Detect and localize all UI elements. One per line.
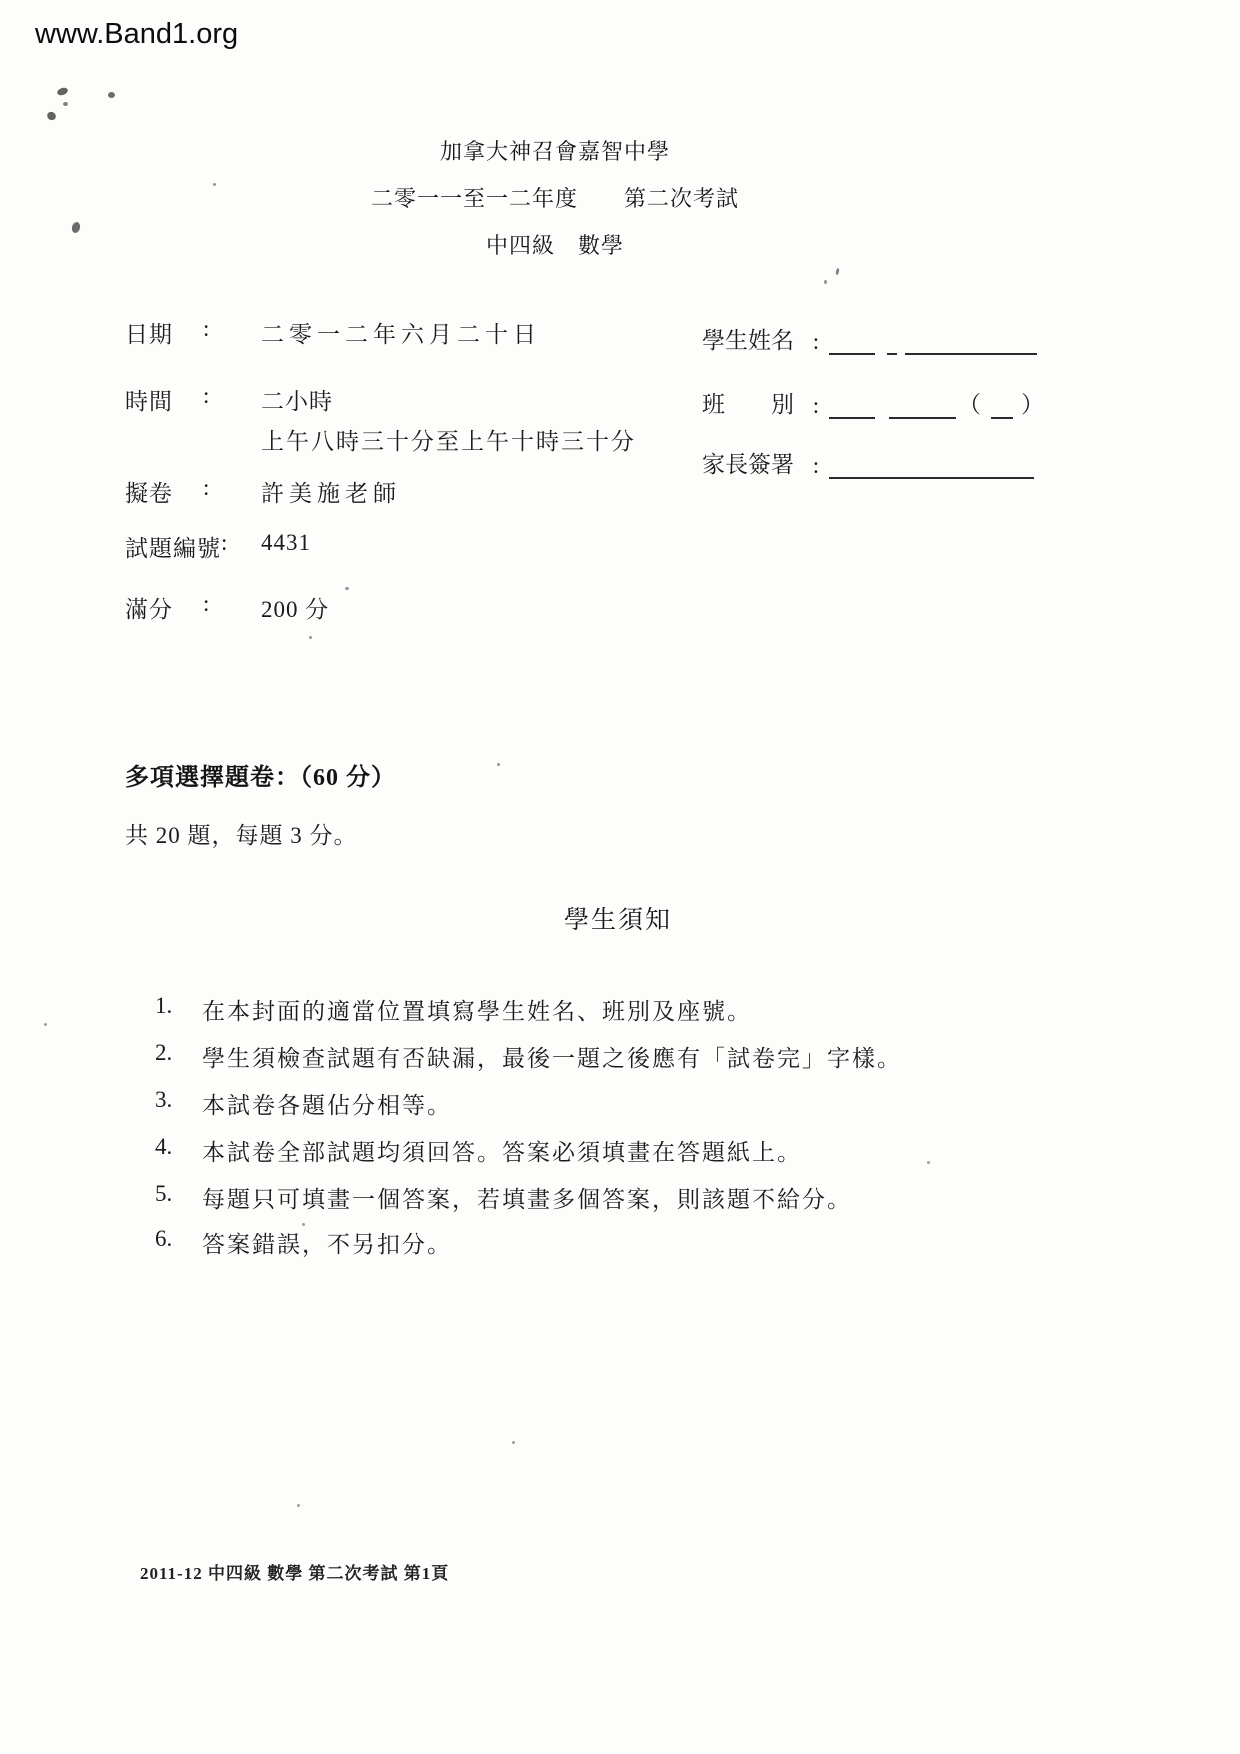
watermark-band1: www.Band1.org [35, 18, 238, 51]
note-item-3: 3. 本試卷各題佔分相等。 [155, 1087, 452, 1120]
class-blank-line [889, 391, 956, 419]
paren-close: ） [1019, 386, 1046, 419]
scan-speck [927, 1161, 930, 1164]
paper-number-value: 4431 [261, 530, 311, 563]
note-number: 2. [155, 1040, 202, 1073]
student-name-blank-line [887, 327, 897, 355]
note-item-4: 4. 本試卷全部試題均須回答。答案必須填畫在答題紙上。 [155, 1134, 802, 1167]
time-label: 時間 [125, 383, 203, 456]
class-subject: 中四級 數學 [0, 222, 1110, 269]
colon: : [221, 530, 261, 563]
colon: : [803, 453, 829, 479]
scan-speck [56, 86, 69, 96]
info-row-time: 時間 : 二小時 上午八時三十分至上午十時三十分 [125, 383, 636, 456]
date-label: 日期 [125, 316, 203, 349]
full-marks-value: 200 分 [261, 591, 329, 624]
info-row-paper-number: 試題編號 : 4431 [125, 530, 311, 563]
parent-signature-blank-line [829, 451, 1034, 479]
info-row-full-marks: 滿分 : 200 分 [125, 591, 329, 624]
scan-speck [46, 110, 58, 121]
full-marks-label: 滿分 [125, 591, 203, 624]
colon: : [203, 316, 261, 349]
note-item-1: 1. 在本封面的適當位置填寫學生姓名、班別及座號。 [155, 993, 752, 1026]
time-value-stack: 二小時 上午八時三十分至上午十時三十分 [261, 383, 636, 456]
note-item-5: 5. 每題只可填畫一個答案，若填畫多個答案，則該題不給分。 [155, 1181, 852, 1214]
class-number-blank-line [991, 391, 1013, 419]
scan-speck [512, 1441, 515, 1444]
fill-row-parent-signature: 家長簽署 : [702, 445, 1034, 479]
student-notes-heading: 學生須知 [0, 900, 1236, 936]
note-number: 4. [155, 1134, 202, 1167]
note-text: 答案錯誤，不另扣分。 [202, 1226, 452, 1259]
time-duration: 二小時 [261, 383, 636, 416]
scan-speck [44, 1023, 47, 1026]
scan-speck [497, 763, 500, 766]
note-text: 本試卷全部試題均須回答。答案必須填畫在答題紙上。 [202, 1134, 802, 1167]
paper-number-label: 試題編號 [125, 530, 221, 563]
note-number: 6. [155, 1226, 202, 1259]
colon: : [203, 591, 261, 624]
fill-row-class: 班 別 : （ ） [702, 385, 1046, 419]
class-blank-line [829, 391, 875, 419]
parent-signature-label: 家長簽署 [702, 446, 803, 479]
date-value: 二零一二年六月二十日 [261, 316, 541, 349]
note-number: 1. [155, 993, 202, 1026]
setter-label: 擬卷 [125, 475, 203, 508]
info-row-setter: 擬卷 : 許美施老師 [125, 475, 401, 508]
setter-value: 許美施老師 [261, 475, 401, 508]
scanned-exam-cover-page: www.Band1.org 加拿大神召會嘉智中學 二零一一至一二年度 第二次考試… [0, 0, 1240, 1754]
class-label: 班 別 [702, 386, 803, 419]
note-text: 在本封面的適當位置填寫學生姓名、班別及座號。 [202, 993, 752, 1026]
note-text: 學生須檢查試題有否缺漏，最後一題之後應有「試卷完」字樣。 [202, 1040, 902, 1073]
note-number: 5. [155, 1181, 202, 1214]
student-name-label: 學生姓名 [702, 322, 803, 355]
note-text: 本試卷各題佔分相等。 [202, 1087, 452, 1120]
info-row-date: 日期 : 二零一二年六月二十日 [125, 316, 541, 349]
scan-speck [345, 587, 349, 590]
colon: : [203, 383, 261, 456]
fill-row-student-name: 學生姓名 : [702, 321, 1037, 355]
exam-title: 二零一一至一二年度 第二次考試 [0, 175, 1110, 222]
note-text: 每題只可填畫一個答案，若填畫多個答案，則該題不給分。 [202, 1181, 852, 1214]
scan-speck [63, 102, 68, 106]
student-name-blank-line [905, 327, 1037, 355]
colon: : [203, 475, 261, 508]
colon: : [803, 393, 829, 419]
scan-speck [824, 280, 827, 284]
note-item-6: 6. 答案錯誤，不另扣分。 [155, 1226, 452, 1259]
time-range: 上午八時三十分至上午十時三十分 [261, 423, 636, 456]
exam-header: 加拿大神召會嘉智中學 二零一一至一二年度 第二次考試 中四級 數學 [0, 128, 1110, 269]
mc-section-title: 多項選擇題卷：（60 分） [125, 757, 396, 792]
note-number: 3. [155, 1087, 202, 1120]
mc-section-subtitle: 共 20 題，每題 3 分。 [125, 817, 358, 850]
scan-speck [297, 1504, 300, 1507]
page-footer: 2011-12 中四級 數學 第二次考試 第1頁 [140, 1559, 449, 1584]
school-name: 加拿大神召會嘉智中學 [0, 128, 1110, 175]
colon: : [803, 329, 829, 355]
scan-speck [108, 92, 115, 98]
student-name-blank-line [829, 327, 875, 355]
scan-speck [309, 636, 312, 639]
paren-open: （ [956, 386, 983, 419]
note-item-2: 2. 學生須檢查試題有否缺漏，最後一題之後應有「試卷完」字樣。 [155, 1040, 902, 1073]
